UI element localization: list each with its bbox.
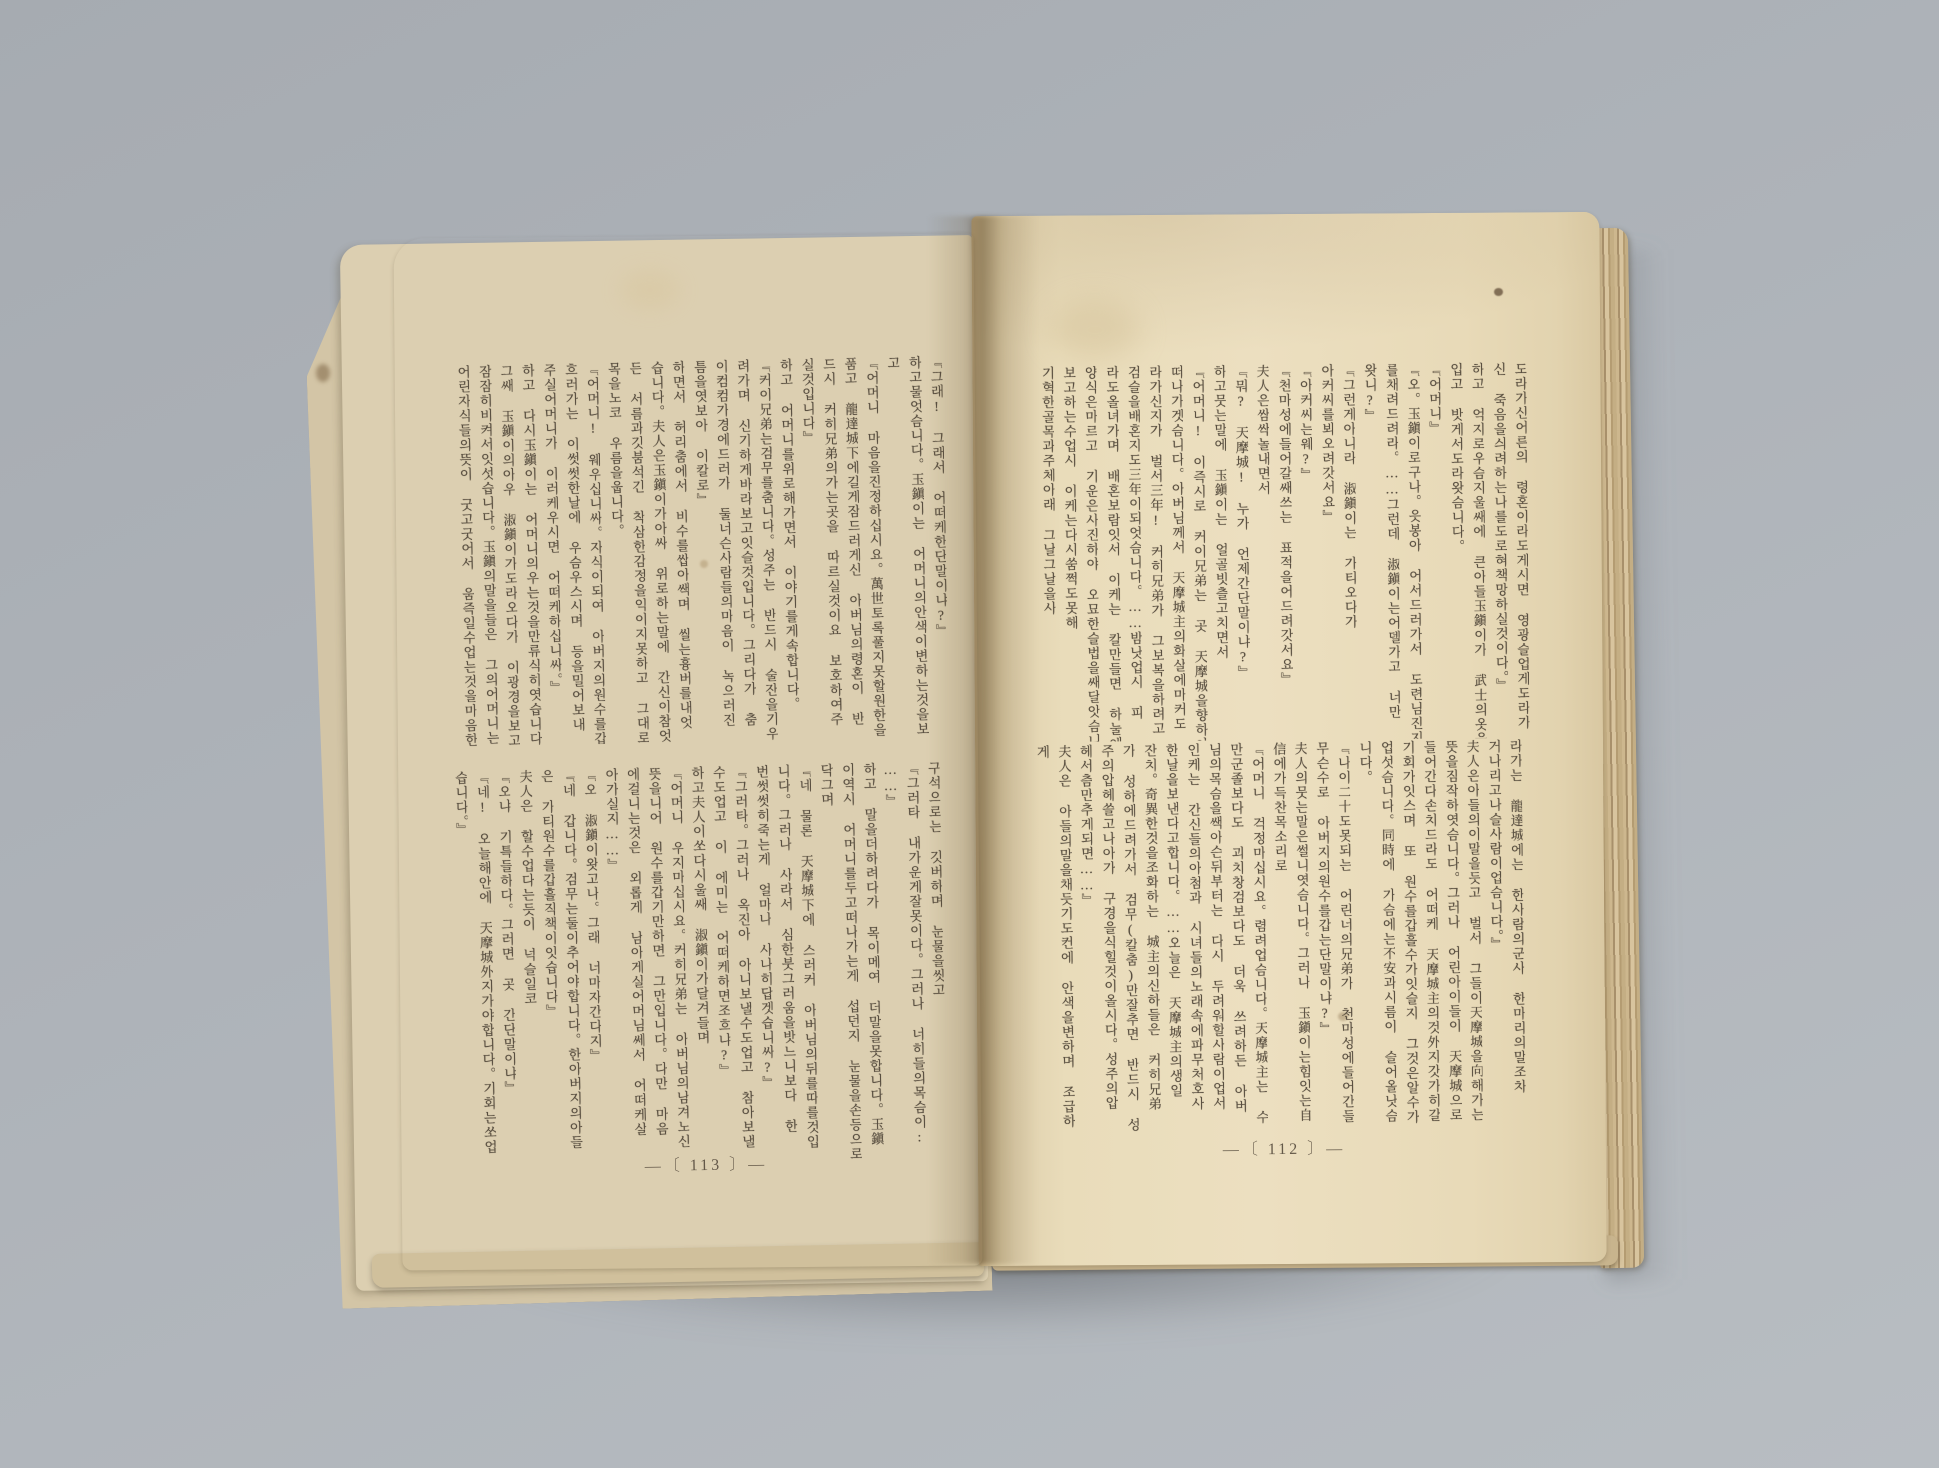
text-column: 양식은마르고 기운은사진하야 오묘한슬법을쌔달앗슴니다。	[1075, 366, 1100, 742]
text-column: 『아커씨는웨?』	[1290, 364, 1315, 740]
right-page-lower-text-block: 라가는 龍達城에는 한사람의군사 한마리의말조차거나리고나슬사람이업슴니다。』夫…	[1013, 739, 1526, 1169]
text-column: 라가신지가 벌서三年! 커히兄弟가 그보복을하려고	[1139, 365, 1164, 741]
text-column: 라도올녀가며 배혼보람잇서 이케는 칼만들면 하눌에	[1096, 365, 1121, 741]
text-column: 도라가신어른의 령혼이라도게시면 영광슬업게도라가	[1505, 362, 1530, 738]
text-column: 『어머니』	[1419, 363, 1444, 739]
text-column: 보고하는수업시 이케는다시쑴쩍도못해	[1053, 366, 1078, 742]
page-number-113: —〔 113 〕—	[606, 1150, 806, 1176]
text-column: 왓니?』	[1354, 363, 1379, 739]
text-column: 『그런게아니라 淑鎭이는 가티오다가	[1333, 363, 1358, 739]
text-column: 입고 밧게서도라왓슴니다。	[1440, 362, 1465, 738]
text-column: 신 죽음을싀려하는나를도로혀책망하실것이다。』	[1483, 362, 1508, 738]
text-column: 夫人은쌈싹놀내면서	[1247, 364, 1272, 740]
text-column: 하고 억지로우슴지울쌔에 큰아들玉鎭이가 武士의옷을	[1462, 362, 1487, 738]
text-column: 『뭐? 天摩城! 누가 언제간단말이냐?』	[1225, 364, 1250, 740]
left-page-upper-text-block: 『그래! 그래서 어떠케한단말이냐?』하고물엇슴니다。玉鎭이는 어머니의안색이변…	[448, 355, 950, 747]
text-column: 『오。玉鎭이로구나。읏봉아 어서드러가서 도련님진지	[1397, 363, 1422, 739]
text-column: 하고뭇는말에 玉鎭이는 얼골빗츨고치면서	[1204, 364, 1229, 740]
text-column: 떠나가겟슴니다。아버님께서 天摩城主의화살에마커도	[1161, 365, 1186, 741]
text-column: 『어머니! 이즉시로 커이兄弟는 곳 天摩城을향하야	[1182, 365, 1207, 741]
book-photo: { "scene": { "background_color": "#aeb3b…	[0, 0, 1939, 1468]
page-number-112: —〔 112 〕—	[1184, 1135, 1384, 1160]
text-column: 검슬을배혼지도三年이되엇슴니다。……밤낫업시 피	[1118, 365, 1143, 741]
text-column: 를채려드려라。……그런데 淑鎭이는어델가고 너만	[1376, 363, 1401, 739]
left-page-lower-text-block: 구석으로는 깃버하며 눈물을씻고『그러타 내가운게잘못이다。그러나 너히들의목슴…	[444, 761, 949, 1195]
text-column: 기혁한골목과주체아래 그날그날을사	[1032, 366, 1057, 742]
right-page-upper-text-block: 도라가신어른의 령혼이라도게시면 영광슬업게도라가신 죽음을싀려하는나를도로혀책…	[1030, 362, 1529, 742]
text-column: 『천마성에들어갈쌔쓰는 표적을어드려갓서요』	[1268, 364, 1293, 740]
text-column: 아커씨를뵈오려갓서요』	[1311, 364, 1336, 740]
